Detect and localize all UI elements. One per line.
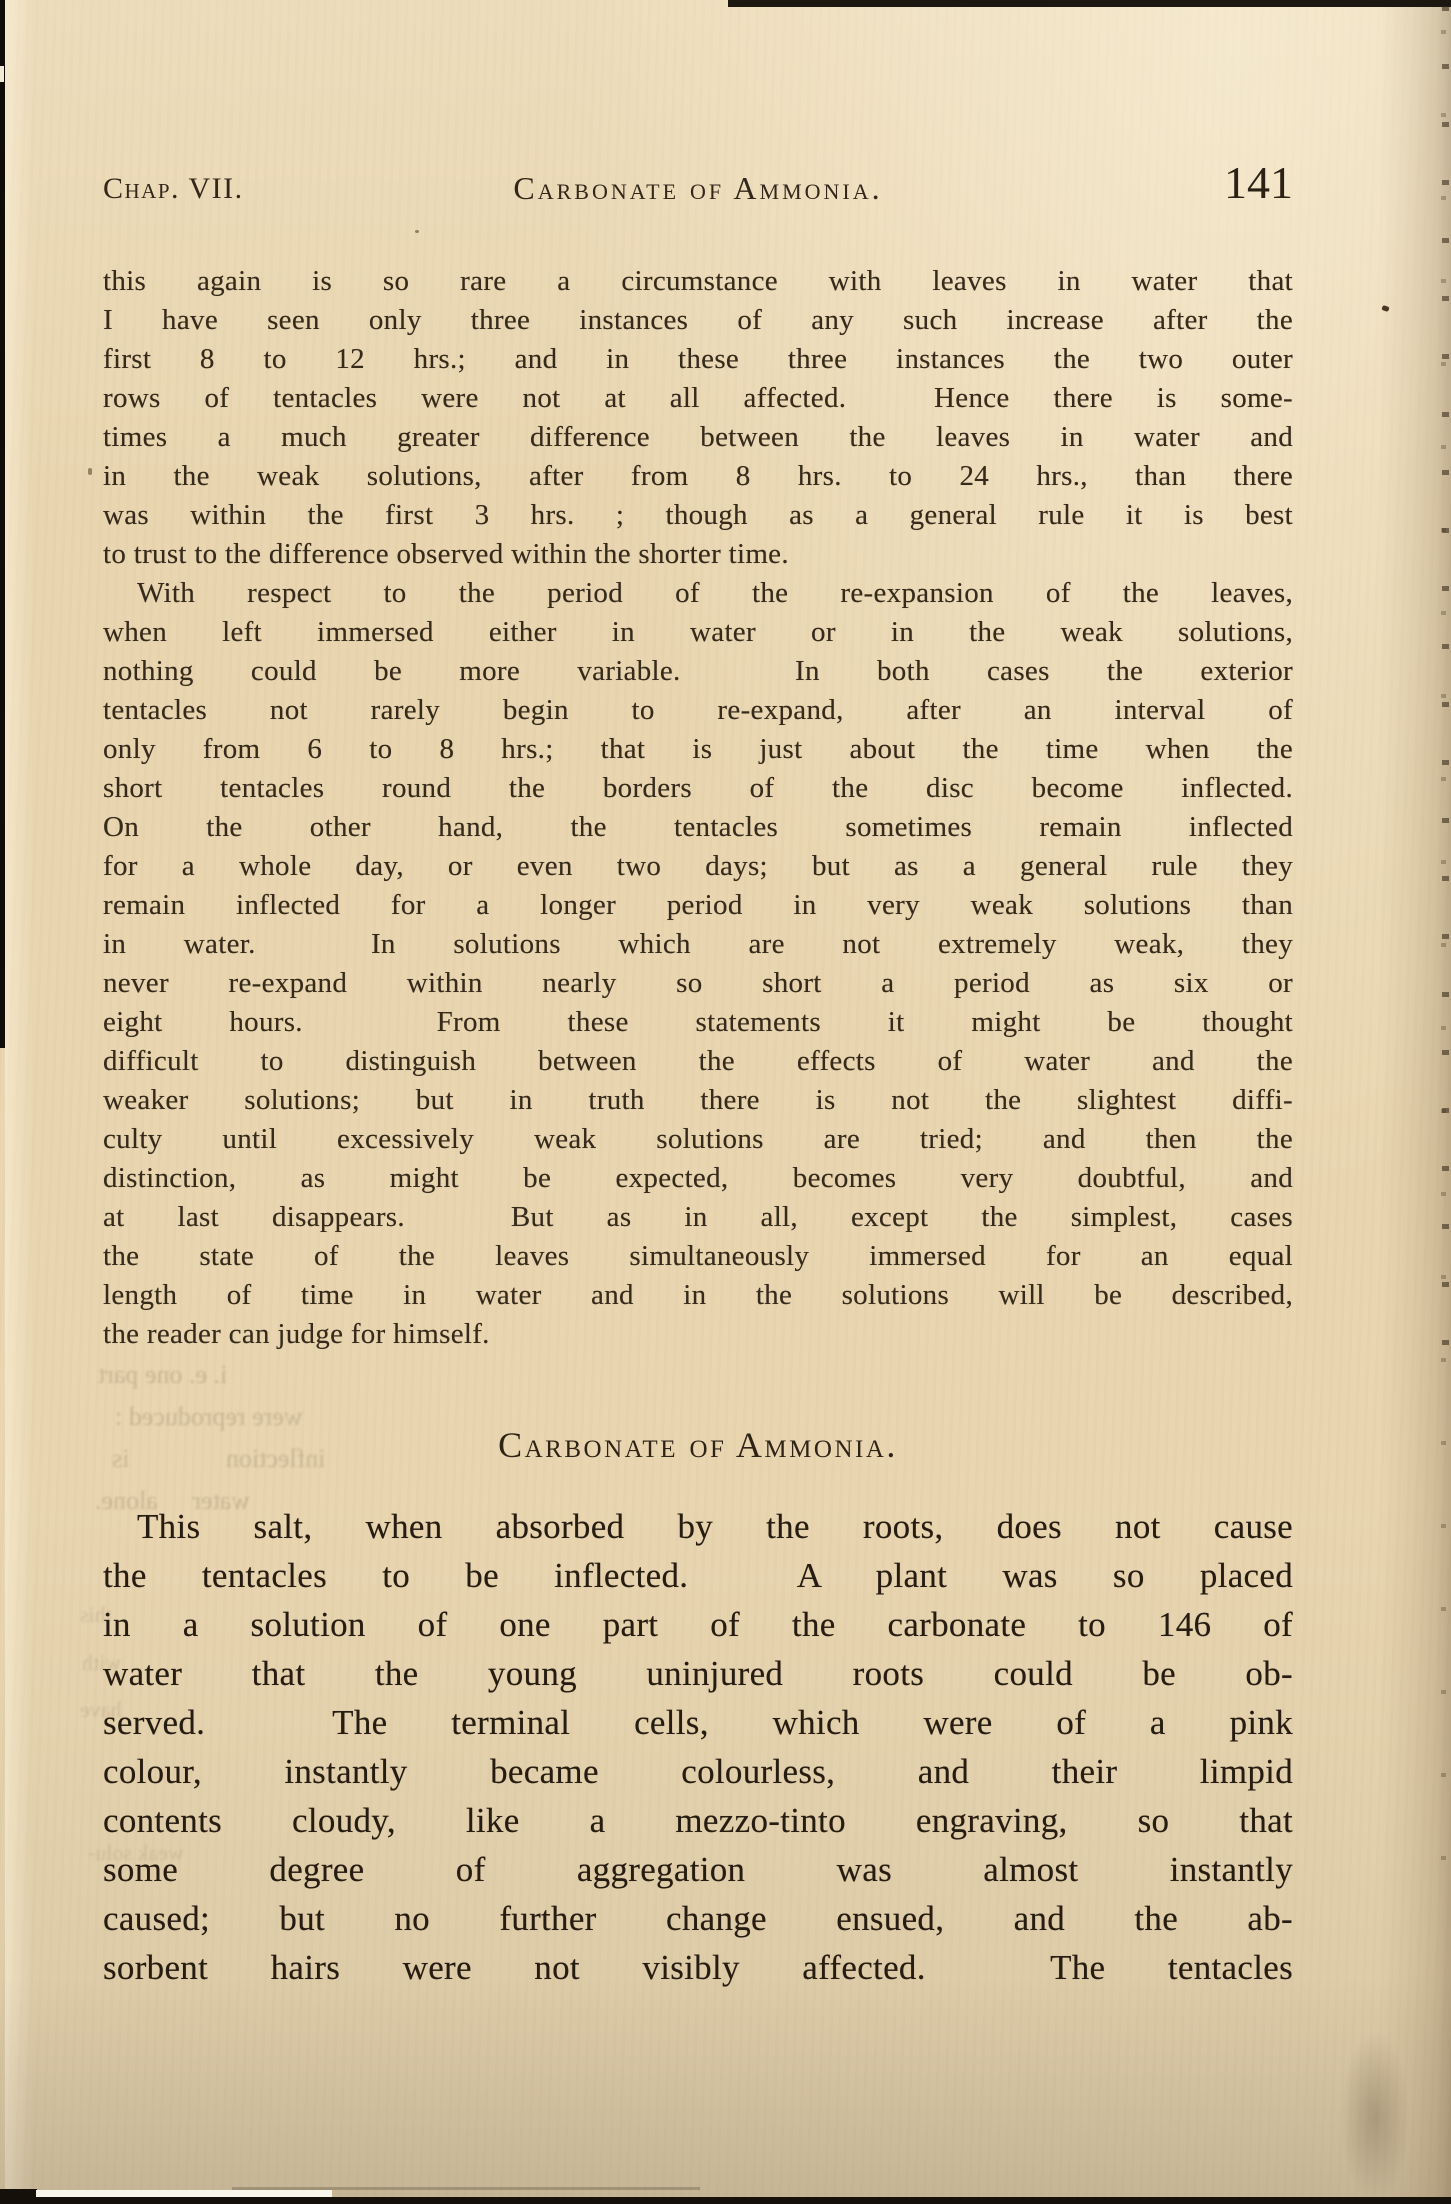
text-line: nothing could be more variable. In both …	[103, 652, 1293, 691]
text-line: was within the first 3 hrs. ; though as …	[103, 496, 1293, 535]
text-line: short tentacles round the borders of the…	[103, 769, 1293, 808]
text-line: for a whole day, or even two days; but a…	[103, 847, 1293, 886]
text-line: caused; but no further change ensued, an…	[103, 1894, 1293, 1943]
text-line: remain inflected for a longer period in …	[103, 886, 1293, 925]
text-line: tentacles not rarely begin to re-expand,…	[103, 691, 1293, 730]
text-line: only from 6 to 8 hrs.; that is just abou…	[103, 730, 1293, 769]
text-line: never re-expand within nearly so short a…	[103, 964, 1293, 1003]
ink-speck	[415, 230, 419, 233]
bottom-right-smudge	[1340, 2030, 1410, 2204]
text-line: With respect to the period of the re-exp…	[103, 574, 1293, 613]
bottom-shading	[0, 1975, 1451, 2204]
bleed-through-text: i. e. one part	[98, 1360, 227, 1390]
book-page: i. e. one part were reproduced : inflect…	[0, 0, 1451, 2204]
section-heading: Carbonate of Ammonia.	[103, 1424, 1293, 1466]
page-number: 141	[1224, 156, 1293, 209]
text-line: the tentacles to be inflected. A plant w…	[103, 1551, 1293, 1600]
text-line: first 8 to 12 hrs.; and in these three i…	[103, 340, 1293, 379]
ink-speck	[88, 468, 92, 475]
text-line: water that the young uninjured roots cou…	[103, 1649, 1293, 1698]
text-line: contents cloudy, like a mezzo-tinto engr…	[103, 1796, 1293, 1845]
text-line: the state of the leaves simultaneously i…	[103, 1237, 1293, 1276]
body-text-small: this again is so rare a circumstance wit…	[103, 262, 1293, 1354]
text-line: difficult to distinguish between the eff…	[103, 1042, 1293, 1081]
text-line: eight hours. From these statements it mi…	[103, 1003, 1293, 1042]
text-line: some degree of aggregation was almost in…	[103, 1845, 1293, 1894]
text-line: served. The terminal cells, which were o…	[103, 1698, 1293, 1747]
page-edge-highlight	[5, 0, 33, 2204]
text-line: This salt, when absorbed by the roots, d…	[103, 1502, 1293, 1551]
text-line: length of time in water and in the solut…	[103, 1276, 1293, 1315]
text-line: colour, instantly became colourless, and…	[103, 1747, 1293, 1796]
running-title: Carbonate of Ammonia.	[103, 170, 1293, 207]
text-line: weaker solutions; but in truth there is …	[103, 1081, 1293, 1120]
text-line: On the other hand, the tentacles sometim…	[103, 808, 1293, 847]
text-line: at last disappears. But as in all, excep…	[103, 1198, 1293, 1237]
scan-edge-top	[728, 0, 1451, 7]
text-line: the reader can judge for himself.	[103, 1315, 1293, 1354]
scan-edge-bottom	[0, 2197, 1451, 2204]
text-line: to trust to the difference observed with…	[103, 535, 1293, 574]
text-line: I have seen only three instances of any …	[103, 301, 1293, 340]
text-line: culty until excessively weak solutions a…	[103, 1120, 1293, 1159]
text-line: sorbent hairs were not visibly affected.…	[103, 1943, 1293, 1992]
text-line: this again is so rare a circumstance wit…	[103, 262, 1293, 301]
text-line: in a solution of one part of the carbona…	[103, 1600, 1293, 1649]
page-edge-marks	[1441, 30, 1446, 1910]
text-line: when left immersed either in water or in…	[103, 613, 1293, 652]
text-line: rows of tentacles were not at all affect…	[103, 379, 1293, 418]
text-line: times a much greater difference between …	[103, 418, 1293, 457]
scan-edge-left-notch	[0, 66, 4, 82]
text-line: in water. In solutions which are not ext…	[103, 925, 1293, 964]
scan-edge-left	[0, 0, 5, 1048]
text-line: in the weak solutions, after from 8 hrs.…	[103, 457, 1293, 496]
body-text-large: This salt, when absorbed by the roots, d…	[103, 1502, 1293, 1992]
text-line: distinction, as might be expected, becom…	[103, 1159, 1293, 1198]
